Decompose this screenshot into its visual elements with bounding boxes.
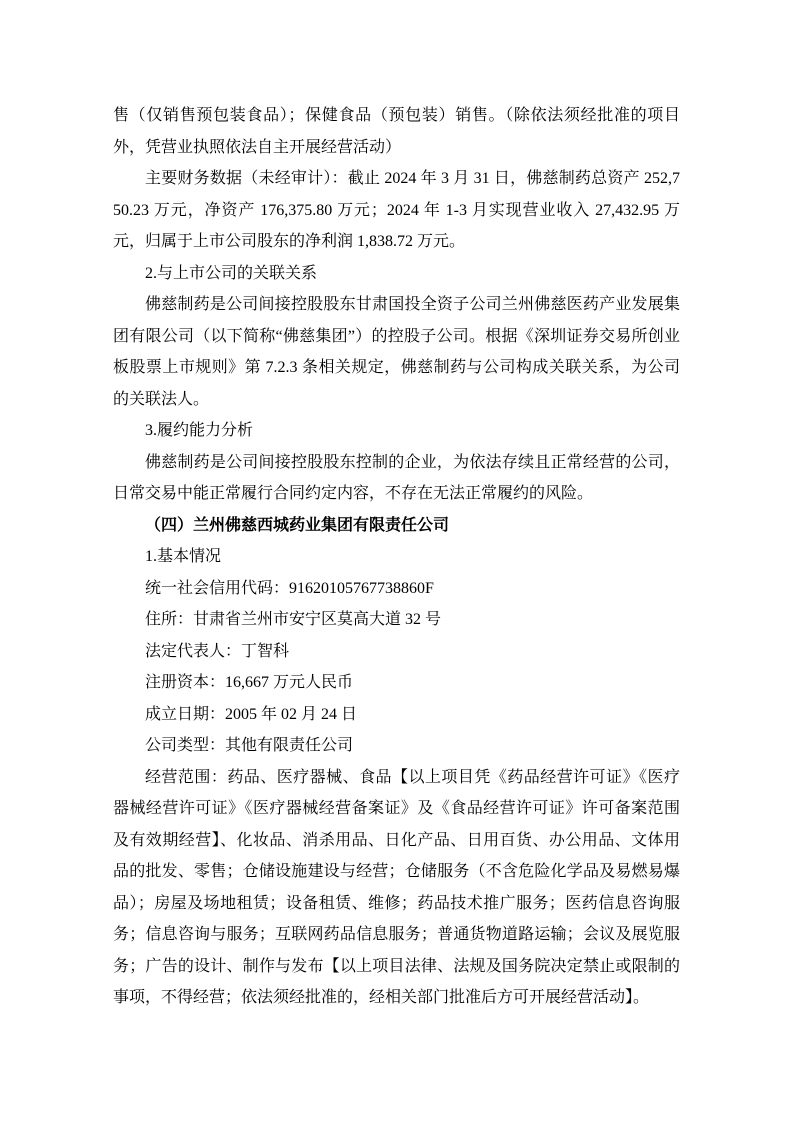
document-page: 售（仅销售预包装食品）；保健食品（预包装）销售。（除依法须经批准的项目外，凭营业… xyxy=(0,0,793,1122)
field-unified-social-credit-code: 统一社会信用代码：91620105767738860F xyxy=(113,573,680,605)
paragraph-performance-ability: 佛慈制药是公司间接控股股东控制的企业，为依法存续且正常经营的公司，日常交易中能正… xyxy=(113,447,680,510)
field-establishment-date: 成立日期：2005 年 02 月 24 日 xyxy=(113,699,680,731)
paragraph-related-relationship: 佛慈制药是公司间接控股股东甘肃国投全资子公司兰州佛慈医药产业发展集团有限公司（以… xyxy=(113,289,680,415)
subheading-basic-info: 1.基本情况 xyxy=(113,541,680,573)
subheading-performance-ability: 3.履约能力分析 xyxy=(113,415,680,447)
field-company-type: 公司类型：其他有限责任公司 xyxy=(113,730,680,762)
paragraph-business-scope-continuation: 售（仅销售预包装食品）；保健食品（预包装）销售。（除依法须经批准的项目外，凭营业… xyxy=(113,100,680,163)
section-heading-company-four: （四）兰州佛慈西城药业集团有限责任公司 xyxy=(113,510,680,542)
field-address: 住所：甘肃省兰州市安宁区莫高大道 32 号 xyxy=(113,604,680,636)
field-registered-capital: 注册资本：16,667 万元人民币 xyxy=(113,667,680,699)
paragraph-business-scope: 经营范围：药品、医疗器械、食品【以上项目凭《药品经营许可证》《医疗器械经营许可证… xyxy=(113,762,680,1014)
subheading-related-relationship: 2.与上市公司的关联关系 xyxy=(113,258,680,290)
field-legal-representative: 法定代表人：丁智科 xyxy=(113,636,680,668)
paragraph-key-financial-data: 主要财务数据（未经审计）：截止 2024 年 3 月 31 日，佛慈制药总资产 … xyxy=(113,163,680,258)
